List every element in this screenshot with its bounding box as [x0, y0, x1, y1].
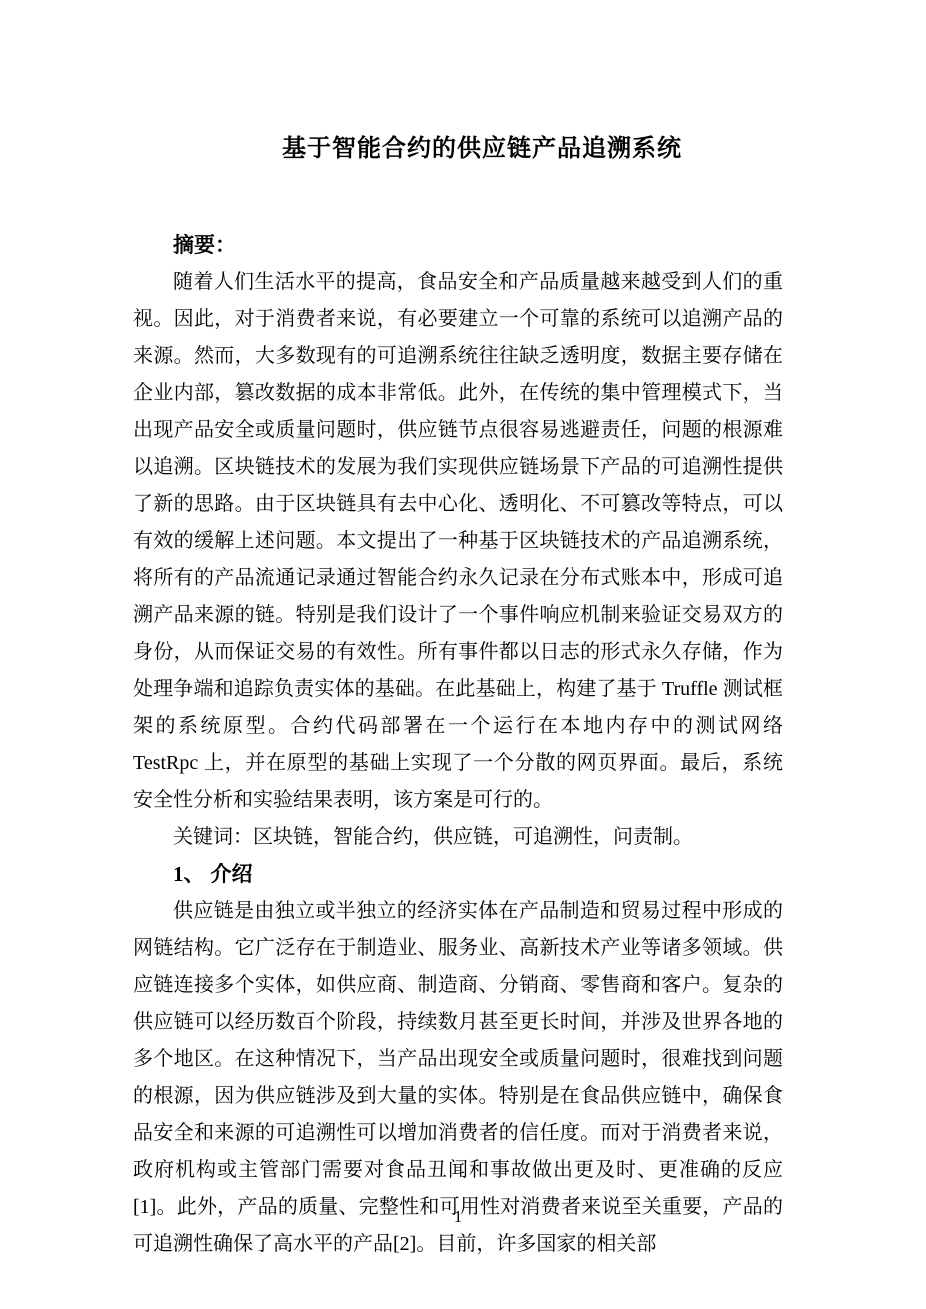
abstract-paragraph: 随着人们生活水平的提高，食品安全和产品质量越来越受到人们的重视。因此，对于消费者…: [133, 264, 783, 819]
abstract-heading: 摘要：: [133, 227, 783, 264]
page-title: 基于智能合约的供应链产品追溯系统: [133, 132, 783, 165]
section-title: 介绍: [211, 863, 253, 886]
document-page: 基于智能合约的供应链产品追溯系统 摘要： 随着人们生活水平的提高，食品安全和产品…: [0, 0, 926, 1309]
page-number: 1: [133, 1206, 783, 1228]
section-number: 1、: [173, 862, 205, 886]
section-heading-introduction: 1、介绍: [133, 856, 783, 893]
page-content: 基于智能合约的供应链产品追溯系统 摘要： 随着人们生活水平的提高，食品安全和产品…: [133, 132, 783, 1263]
keywords-line: 关键词：区块链，智能合约，供应链，可追溯性，问责制。: [133, 819, 783, 856]
